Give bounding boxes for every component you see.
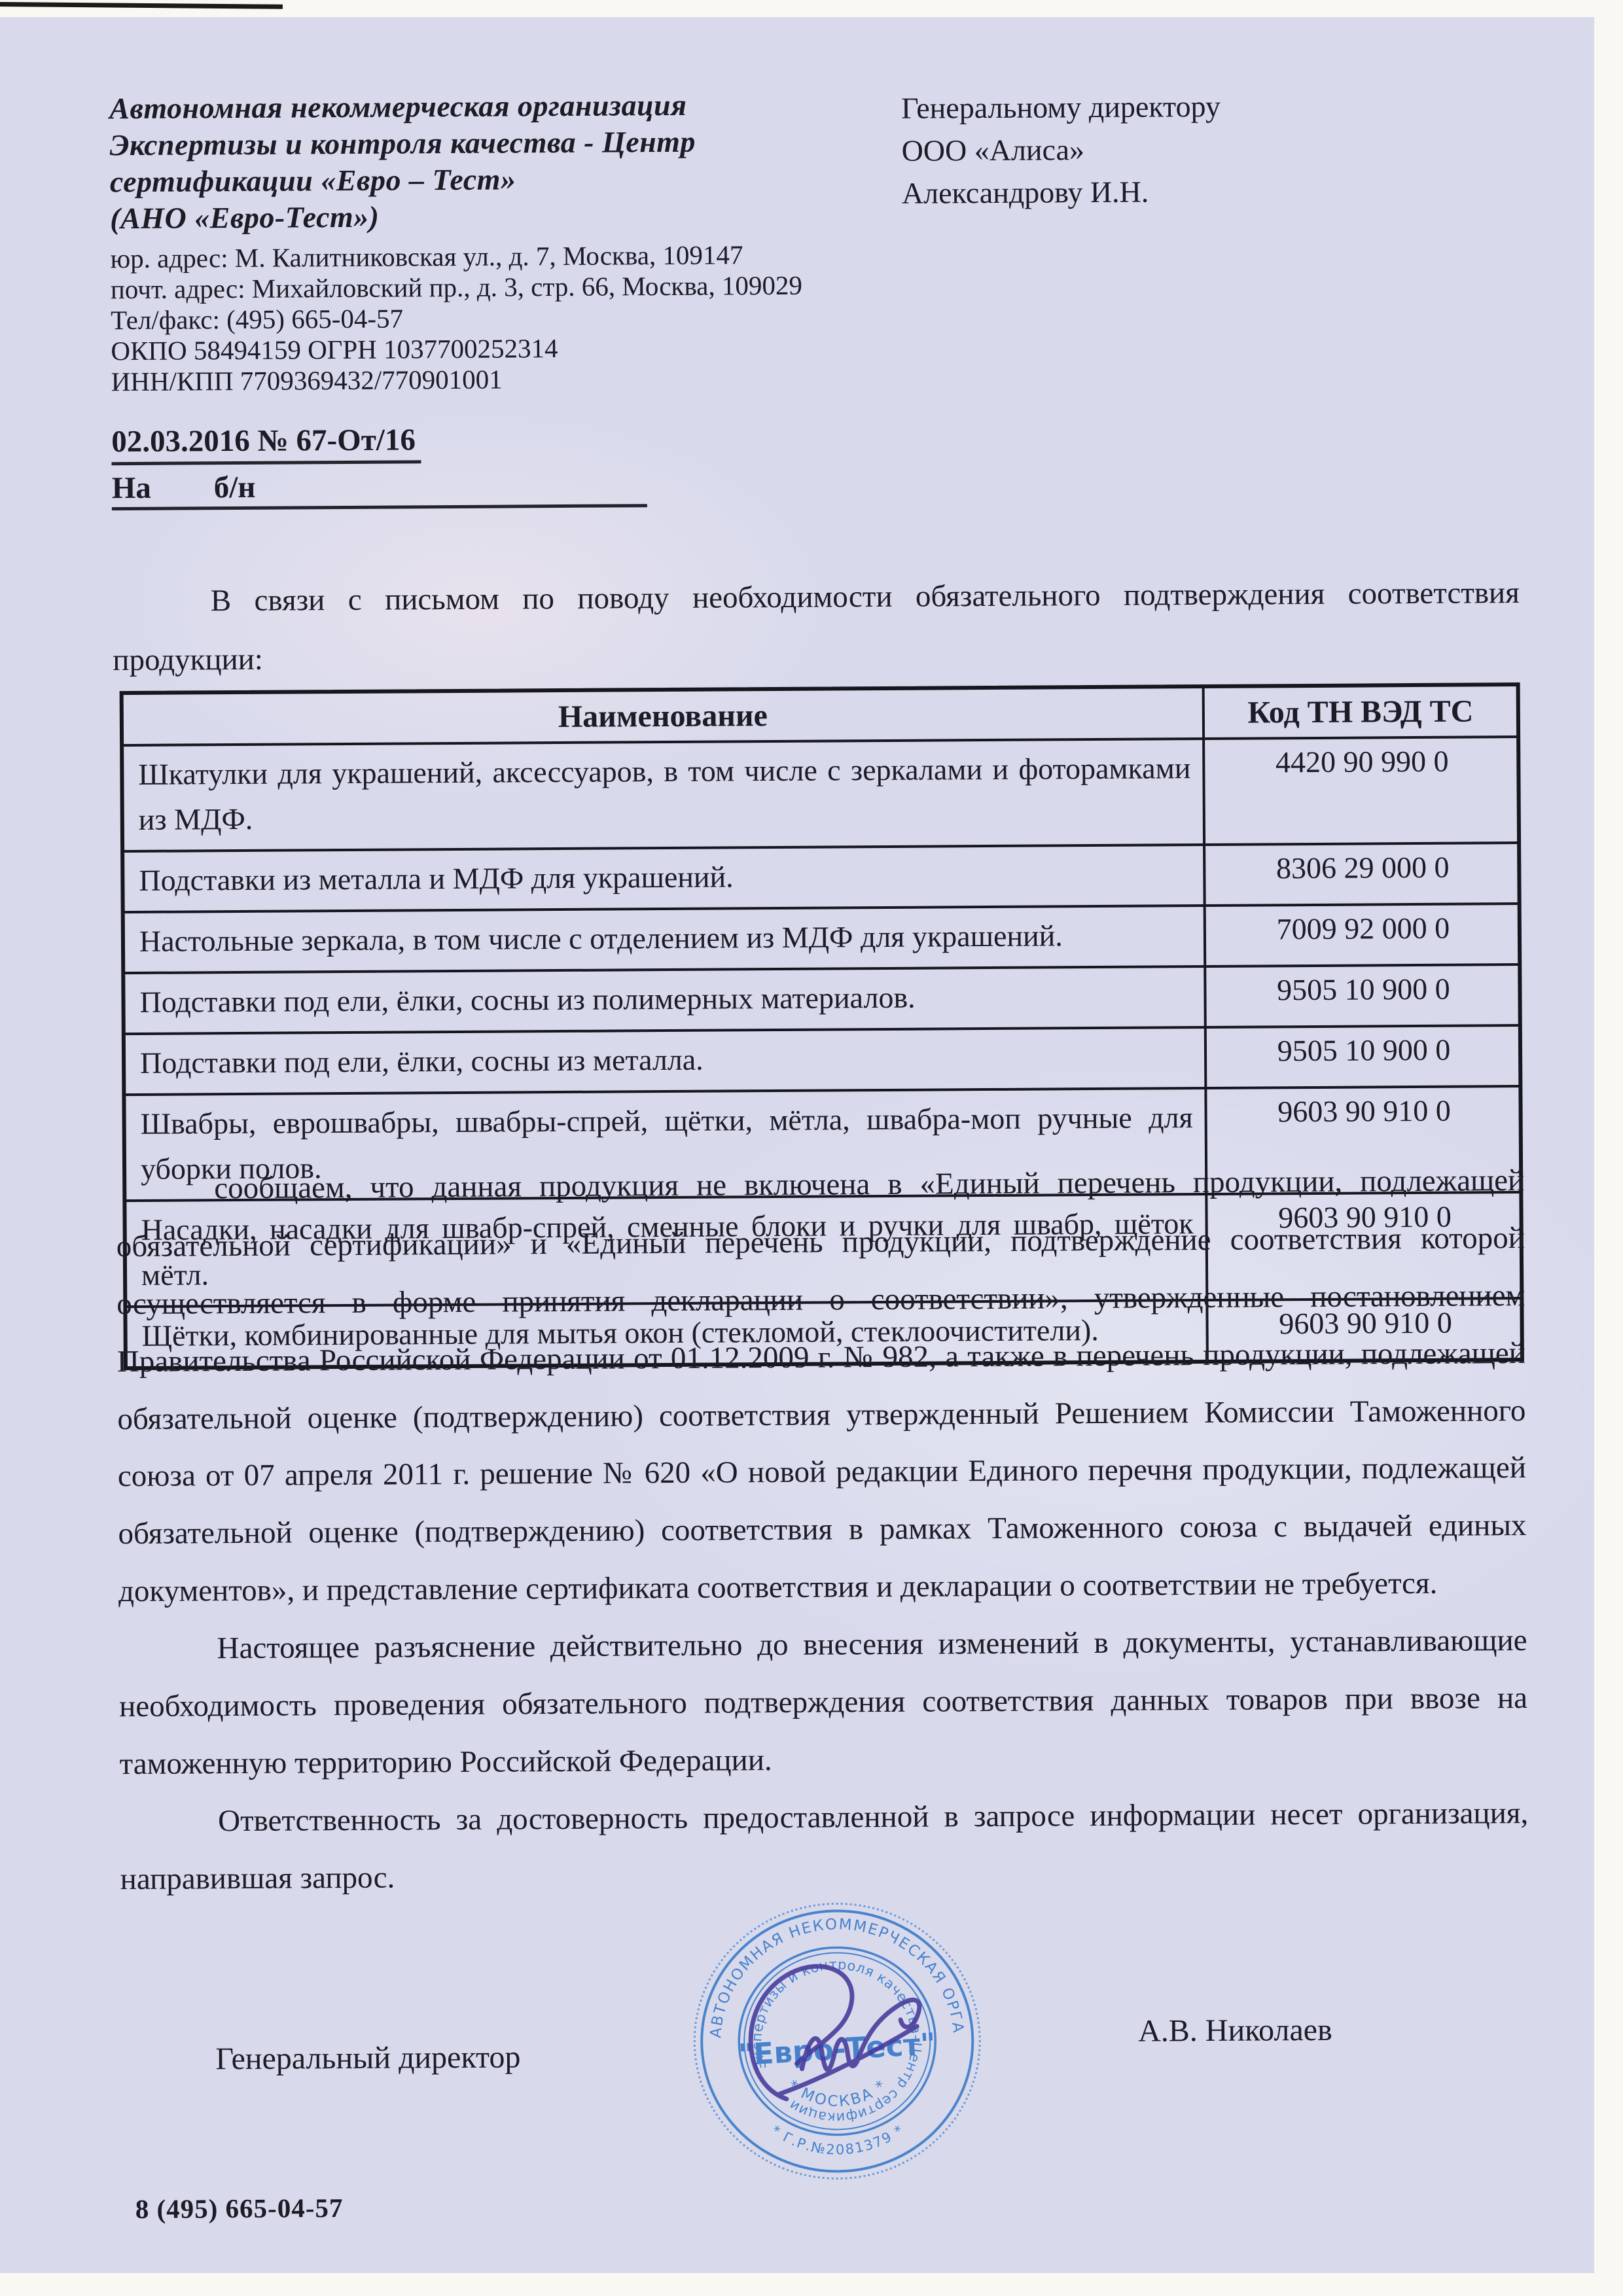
column-header-name: Наименование	[122, 687, 1204, 745]
stamp-ring-outer-bottom-text: * Г.Р.№2081379 *	[768, 2121, 907, 2158]
letterhead-organization: Автономная некоммерческая организация Эк…	[109, 86, 882, 237]
body-paragraph-1: сообщаем, что данная продукция не включе…	[116, 1152, 1527, 1621]
product-code: 4420 90 990 0	[1204, 737, 1518, 845]
product-name: Подставки под ели, ёлки, сосны из металл…	[124, 1027, 1206, 1095]
product-code: 7009 92 000 0	[1205, 904, 1520, 966]
product-code: 9505 10 900 0	[1205, 1025, 1520, 1088]
table-row: Шкатулки для украшений, аксессуаров, в т…	[122, 737, 1518, 851]
okpo-ogrn: ОКПО 58494159 ОГРН 1037700252314	[111, 330, 948, 366]
addressee-position: Генеральному директору	[901, 85, 1221, 130]
body-paragraph-2: Настоящее разъяснение действительно до в…	[118, 1612, 1528, 1793]
org-name-line: (АНО «Евро-Тест»)	[110, 196, 882, 237]
product-name: Настольные зеркала, в том числе с отделе…	[124, 906, 1205, 973]
product-name: Подставки под ели, ёлки, сосны из полиме…	[124, 966, 1205, 1034]
product-name: Шкатулки для украшений, аксессуаров, в т…	[122, 739, 1204, 851]
org-name-line: Автономная некоммерческая организация	[109, 86, 882, 127]
footer-phone: 8 (495) 665-04-57	[135, 2192, 344, 2225]
addressee-company: ООО «Алиса»	[901, 128, 1221, 172]
reply-value: б/н	[214, 470, 256, 504]
reply-prefix: На	[112, 471, 151, 505]
phone-fax: Тел/факс: (495) 665-04-57	[111, 300, 948, 336]
column-header-code: Код ТН ВЭД ТС	[1204, 685, 1518, 739]
signer-title: Генеральный директор	[215, 2039, 520, 2077]
table-row: Подставки под ели, ёлки, сосны из металл…	[124, 1025, 1520, 1095]
product-code: 9505 10 900 0	[1205, 964, 1520, 1027]
addressee-block: Генеральному директору ООО «Алиса» Алекс…	[901, 85, 1221, 215]
incoming-reference: Наб/н	[112, 463, 647, 510]
letterhead-details: юр. адрес: М. Калитниковская ул., д. 7, …	[110, 238, 948, 397]
product-code: 8306 29 000 0	[1204, 843, 1519, 906]
legal-address: юр. адрес: М. Калитниковская ул., д. 7, …	[110, 238, 948, 274]
org-name-line: сертификации «Евро – Тест»	[110, 159, 882, 200]
product-name: Подставки из металла и МДФ для украшений…	[123, 845, 1205, 912]
scanned-letter: Автономная некоммерческая организация Эк…	[0, 0, 1623, 2296]
addressee-person: Александрову И.Н.	[902, 170, 1221, 215]
org-name-line: Экспертизы и контроля качества - Центр	[109, 122, 882, 164]
body-paragraph-3: Ответственность за достоверность предост…	[120, 1785, 1529, 1909]
reference-block: 02.03.2016 № 67-От/16 Наб/н	[111, 421, 647, 510]
document-content: Автономная некоммерческая организация Эк…	[0, 0, 1623, 2296]
signer-name: А.В. Николаев	[1138, 2012, 1332, 2049]
table-row: Настольные зеркала, в том числе с отделе…	[124, 904, 1520, 973]
table-row: Подставки под ели, ёлки, сосны из полиме…	[124, 964, 1520, 1034]
table-row: Подставки из металла и МДФ для украшений…	[123, 843, 1519, 912]
table-header-row: Наименование Код ТН ВЭД ТС	[122, 685, 1518, 745]
postal-address: почт. адрес: Михайловский пр., д. 3, стр…	[111, 269, 948, 305]
inn-kpp: ИНН/КПП 7709369432/770901001	[111, 361, 949, 397]
body-text: сообщаем, что данная продукция не включе…	[116, 1152, 1529, 1908]
intro-paragraph: В связи с письмом по поводу необходимост…	[113, 563, 1520, 690]
round-stamp: АВТОНОМНАЯ НЕКОММЕРЧЕСКАЯ ОРГАНИЗАЦИЯ * …	[686, 1896, 989, 2190]
outgoing-date-number: 02.03.2016 № 67-От/16	[111, 422, 421, 465]
